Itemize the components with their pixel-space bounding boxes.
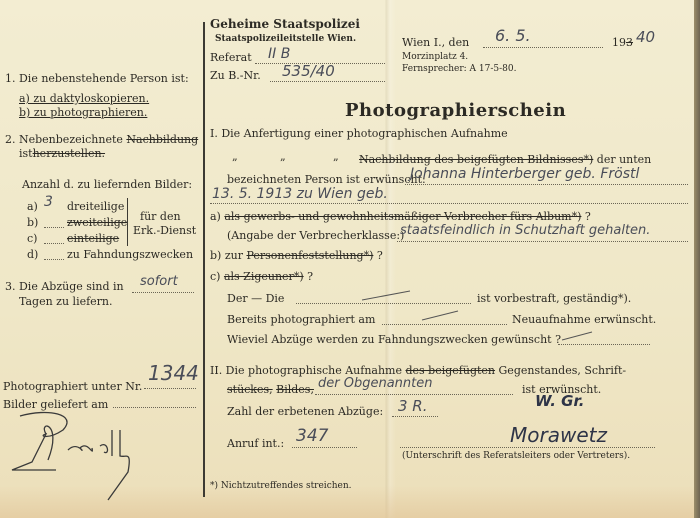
option-b-q: ? <box>377 249 383 262</box>
footnote: *) Nichtzutreffendes streichen. <box>210 481 352 492</box>
count-row-d-label: d) <box>27 248 38 261</box>
section2-object-blank <box>315 394 513 395</box>
document-title: Photographierschein <box>345 100 566 121</box>
call-blank <box>292 447 357 448</box>
signature-left <box>8 410 148 505</box>
item2-line2: istherzustellen. <box>19 147 105 160</box>
option-c-q: ? <box>307 270 313 283</box>
option-c-label: c) <box>210 270 220 283</box>
der-die-label: Der — Die <box>227 292 284 305</box>
year-handwritten: 40 <box>636 29 655 45</box>
item2-strike: Nachbildung <box>126 133 198 146</box>
place-date-label: Wien I., den <box>402 36 469 49</box>
year-printed: 3 <box>626 36 633 49</box>
count-row-b-label: b) <box>27 216 38 229</box>
year-field: 193 <box>612 36 633 49</box>
option-b-plain: zur <box>225 249 243 262</box>
item2-line2-prefix: ist <box>19 147 33 160</box>
signature-blank <box>400 447 655 448</box>
item1-option-a: a) zu daktyloskopieren. <box>19 92 149 105</box>
der-die-suffix: ist vorbestraft, geständig*). <box>477 292 631 305</box>
referat-label: Referat <box>210 51 252 64</box>
item3-suffix: Tagen zu liefern. <box>19 295 113 308</box>
copies-label: Zahl der erbetenen Abzüge: <box>227 405 383 418</box>
address: Morzinplatz 4. <box>402 52 468 63</box>
ditto-1: „ <box>232 150 238 163</box>
section2-line2-strike1: stückes, <box>227 383 273 396</box>
count-row-b-blank <box>44 227 64 228</box>
option-a-label: a) <box>210 210 221 223</box>
section2-line2: stückes, Bildes, <box>227 383 314 396</box>
bracket-text-1: für den <box>140 210 181 223</box>
count-heading: Anzahl d. zu liefernden Bilder: <box>22 178 192 191</box>
der-die-dash-mark <box>360 288 420 302</box>
count-row-a-value: 3 <box>44 194 53 210</box>
section1-line2-suffix: der unten <box>597 153 652 166</box>
option-b-label: b) <box>210 249 221 262</box>
section1-line2: Nachbildung des beigefügten Bildnisses*)… <box>359 153 651 166</box>
count-row-d-text: zu Fahndungszwecken <box>67 248 193 261</box>
bracket-text-2: Erk.-Dienst <box>133 224 196 237</box>
paper-edge <box>694 0 700 518</box>
already-photographed-label: Bereits photographiert am <box>227 313 375 326</box>
ditto-3: „ <box>333 150 339 163</box>
count-row-c-text: einteilige <box>67 232 119 245</box>
item3-blank <box>132 292 194 293</box>
already-dash-mark <box>420 308 465 322</box>
class-value: staatsfeindlich in Schutzhaft gehalten. <box>400 223 650 239</box>
already-photographed-blank <box>382 324 507 325</box>
referat-value: II B <box>268 46 290 62</box>
section1-line2-strike: Nachbildung des beigefügten Bildnisses*) <box>359 153 593 166</box>
copies-question: Wieviel Abzüge werden zu Fahndungszwecke… <box>227 333 561 346</box>
count-row-c-label: c) <box>27 232 37 245</box>
ditto-2: „ <box>280 150 286 163</box>
section2-object-value: der Obgenannten <box>318 376 432 392</box>
signature-right: Morawetz <box>510 424 607 446</box>
item3-value: sofort <box>140 274 178 290</box>
call-value: 347 <box>296 428 328 444</box>
der-die-blank <box>296 303 471 304</box>
person-name: Johanna Hinterberger geb. Fröstl <box>410 166 639 182</box>
section2-line2-strike2: Bildes, <box>276 383 314 396</box>
copies-blank <box>392 416 438 417</box>
section1-line3-label: bezeichneten Person ist erwünscht: <box>227 173 426 186</box>
photographed-number: 1344 <box>148 362 199 384</box>
option-c: c) als Zigeuner*) ? <box>210 270 313 283</box>
b-nr-label: Zu B.-Nr. <box>210 69 261 82</box>
copies-value: 3 R. <box>398 398 428 414</box>
date-value: 6. 5. <box>495 28 531 44</box>
item2-line1: 2. Nebenbezeichnete Nachbildung <box>5 133 198 146</box>
b-nr-value: 535/40 <box>282 63 335 79</box>
office-name: Staatspolizeileitstelle Wien. <box>215 34 356 45</box>
option-a: a) als gewerbs- und gewohnheitsmäßiger V… <box>210 210 591 223</box>
initials: W. Gr. <box>535 393 584 409</box>
class-blank <box>397 241 688 242</box>
count-row-a-text: dreiteilige <box>67 200 124 213</box>
year-prefix: 19 <box>612 36 626 49</box>
call-label: Anruf int.: <box>227 437 284 450</box>
option-b: b) zur Personenfeststellung*) ? <box>210 249 383 262</box>
section1-line1: I. Die Anfertigung einer photographische… <box>210 127 508 140</box>
column-divider <box>203 22 205 497</box>
count-row-d-blank <box>44 259 64 260</box>
b-nr-blank <box>270 81 385 82</box>
item3-prefix: 3. Die Abzüge sind in <box>5 280 124 293</box>
date-blank <box>483 47 603 48</box>
option-b-strike: Personenfeststellung*) <box>246 249 373 262</box>
item1-option-b: b) zu photographieren. <box>19 106 147 119</box>
copies-dash-mark <box>560 328 600 342</box>
count-row-c-blank <box>44 243 64 244</box>
agency-name: Geheime Staatspolizei <box>210 18 360 31</box>
item1-heading: 1. Die nebenstehende Person ist: <box>5 72 189 85</box>
option-a-q: ? <box>585 210 591 223</box>
phone: Fernsprecher: A 17-5-80. <box>402 64 516 75</box>
photographed-blank <box>144 388 196 389</box>
option-c-strike: als Zigeuner*) <box>224 270 304 283</box>
person-name-blank <box>405 184 688 185</box>
count-row-b-text: zweiteilige <box>67 216 127 229</box>
count-bracket <box>127 198 128 246</box>
class-label: (Angabe der Verbrecherklasse:) <box>227 229 404 242</box>
delivered-blank <box>113 407 196 408</box>
person-birth-blank <box>210 203 688 204</box>
photographed-label: Photographiert unter Nr. <box>3 380 142 393</box>
item2-prefix: 2. Nebenbezeichnete <box>5 133 123 146</box>
already-photographed-suffix: Neuaufnahme erwünscht. <box>512 313 656 326</box>
count-row-a-label: a) <box>27 200 38 213</box>
section2-line1-suffix: Gegenstandes, Schrift- <box>499 364 627 377</box>
item2-line2-strike: herzustellen. <box>33 147 105 160</box>
person-birth: 13. 5. 1913 zu Wien geb. <box>212 186 388 202</box>
copies-question-blank <box>558 344 650 345</box>
signature-caption: (Unterschrift des Referatsleiters oder V… <box>402 451 630 462</box>
option-a-strike: als gewerbs- und gewohnheitsmäßiger Verb… <box>224 210 581 223</box>
